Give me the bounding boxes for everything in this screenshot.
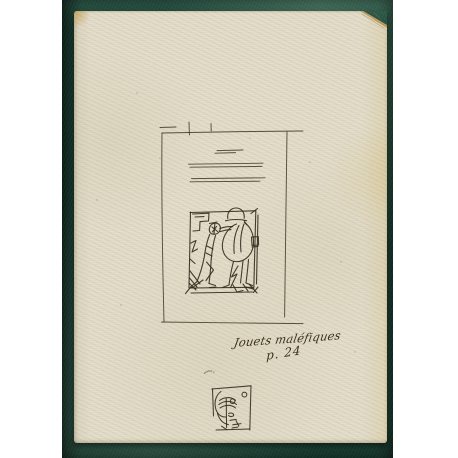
- paper-corner-tear-edge: [360, 11, 387, 28]
- paper-corner-stain: [74, 11, 90, 27]
- paper-corner-tear: [362, 11, 387, 25]
- artwork-photo: Jouets maléfiques p. 24: [0, 0, 458, 458]
- green-mat-background: [62, 0, 393, 458]
- paper-sheet: [74, 11, 387, 443]
